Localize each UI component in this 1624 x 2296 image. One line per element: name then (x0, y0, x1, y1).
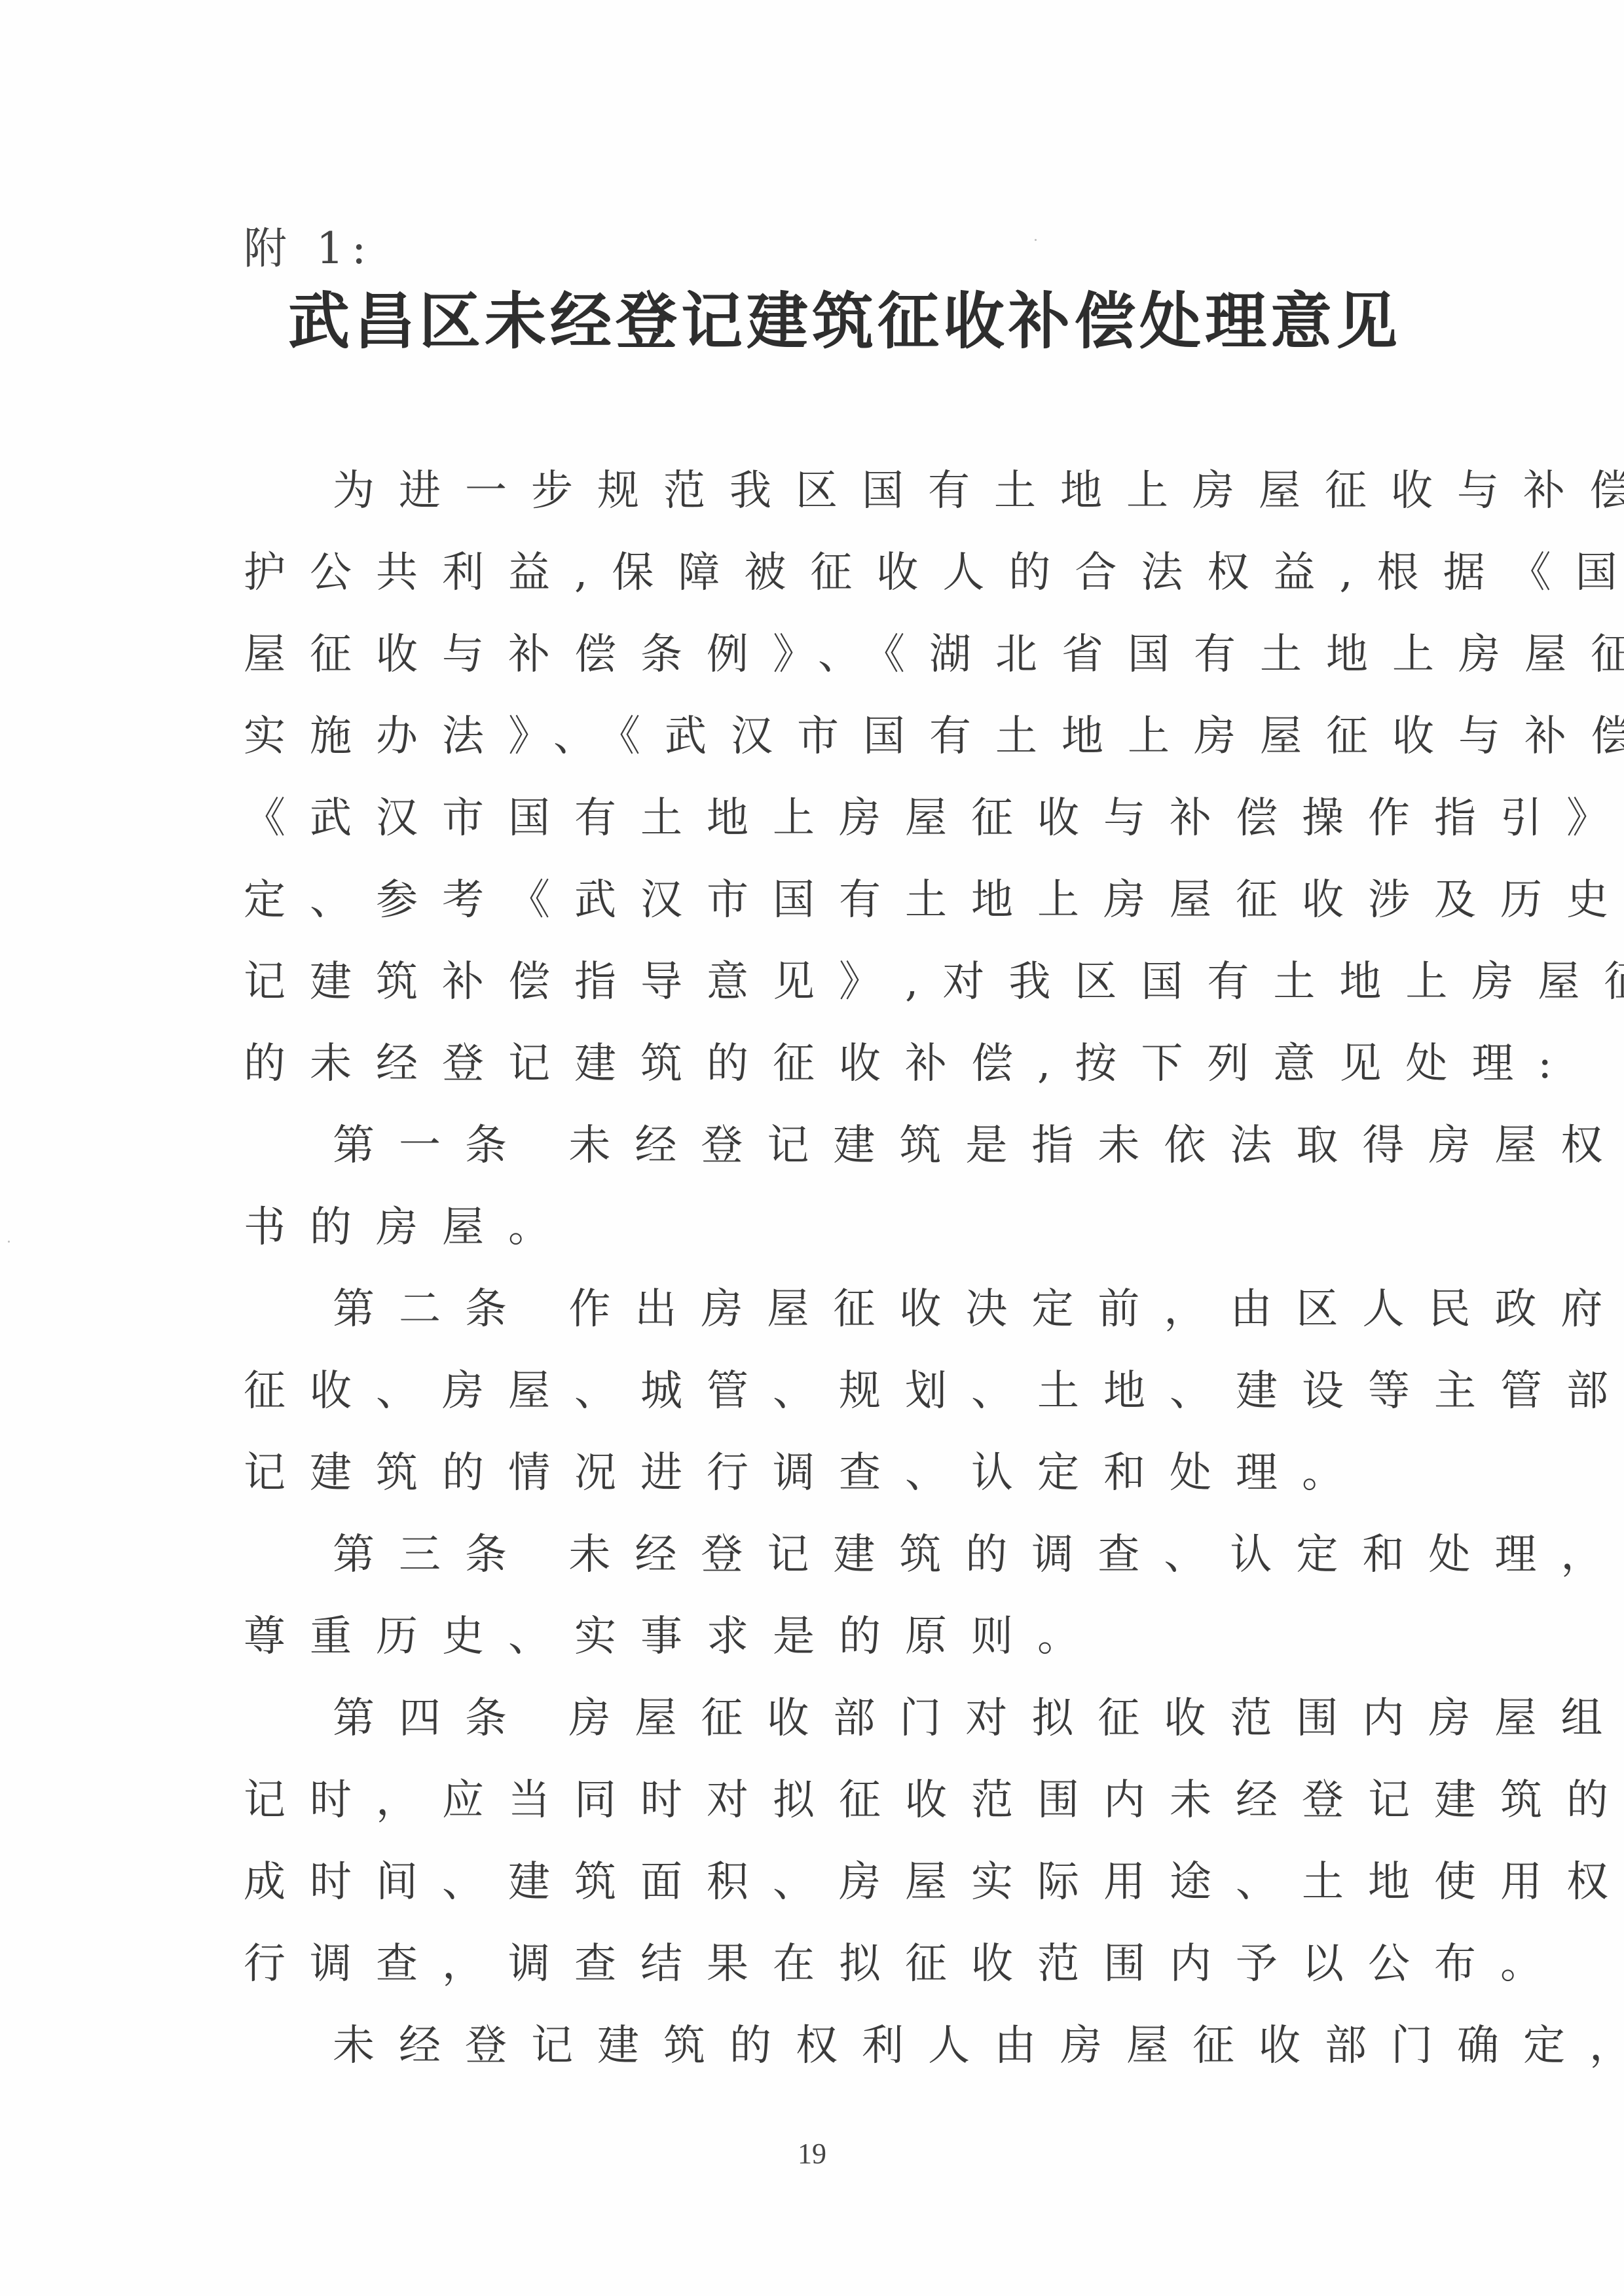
document-page: 附 1: 武昌区未经登记建筑征收补偿处理意见 为进一步规范我区国有土地上房屋征收… (0, 0, 1624, 2296)
article-2-line: 征收、房屋、城管、规划、土地、建设等主管部门对未经登 (244, 1358, 1396, 1440)
paragraph-line: 实施办法》、《武汉市国有土地上房屋征收与补偿实施办法》、 (244, 704, 1396, 786)
paragraph-line: 屋征收与补偿条例》、《湖北省国有土地上房屋征收与补偿 (244, 622, 1396, 704)
paragraph-line: 《武汉市国有土地上房屋征收与补偿操作指引》等相关规 (244, 786, 1396, 867)
article-1-line: 第一条 未经登记建筑是指未依法取得房屋权属登记证 (244, 1113, 1396, 1195)
article-2-line: 记建筑的情况进行调查、认定和处理。 (244, 1440, 1396, 1522)
article-4-line: 行调查，调查结果在拟征收范围内予以公布。 (244, 1931, 1396, 2013)
article-1-line: 书的房屋。 (244, 1195, 1396, 1277)
page-number: 19 (0, 2134, 1624, 2174)
scan-speck-decoration (1035, 239, 1037, 241)
article-2-line: 第二条 作出房屋征收决定前，由区人民政府组织房屋 (244, 1277, 1396, 1358)
paragraph-line: 的未经登记建筑的征收补偿,按下列意见处理: (244, 1031, 1396, 1113)
document-title: 武昌区未经登记建筑征收补偿处理意见 (288, 283, 1336, 361)
paragraph-line: 定、参考《武汉市国有土地上房屋征收涉及历史遗留未经登 (244, 867, 1396, 949)
paragraph-line: 记建筑补偿指导意见》,对我区国有土地上房屋征收中涉及 (244, 949, 1396, 1031)
article-3-line: 尊重历史、实事求是的原则。 (244, 1604, 1396, 1686)
paragraph-line: 为进一步规范我区国有土地上房屋征收与补偿活动,维 (244, 458, 1396, 540)
scan-speck-decoration (8, 1241, 10, 1243)
article-4-line: 成时间、建筑面积、房屋实际用途、土地使用权利情况等进 (244, 1850, 1396, 1931)
article-4-line: 第四条 房屋征收部门对拟征收范围内房屋组织调查登 (244, 1686, 1396, 1768)
article-4-line: 未经登记建筑的权利人由房屋征收部门确定，并在调查 (244, 2013, 1396, 2095)
article-4-line: 记时，应当同时对拟征收范围内未经登记建筑的权利人、建 (244, 1768, 1396, 1850)
attachment-label: 附 1: (244, 223, 374, 275)
article-3-line: 第三条 未经登记建筑的调查、认定和处理，应当遵循 (244, 1522, 1396, 1604)
paragraph-line: 护公共利益,保障被征收人的合法权益,根据《国有土地上房 (244, 540, 1396, 622)
document-body: 为进一步规范我区国有土地上房屋征收与补偿活动,维 护公共利益,保障被征收人的合法… (244, 458, 1396, 2095)
